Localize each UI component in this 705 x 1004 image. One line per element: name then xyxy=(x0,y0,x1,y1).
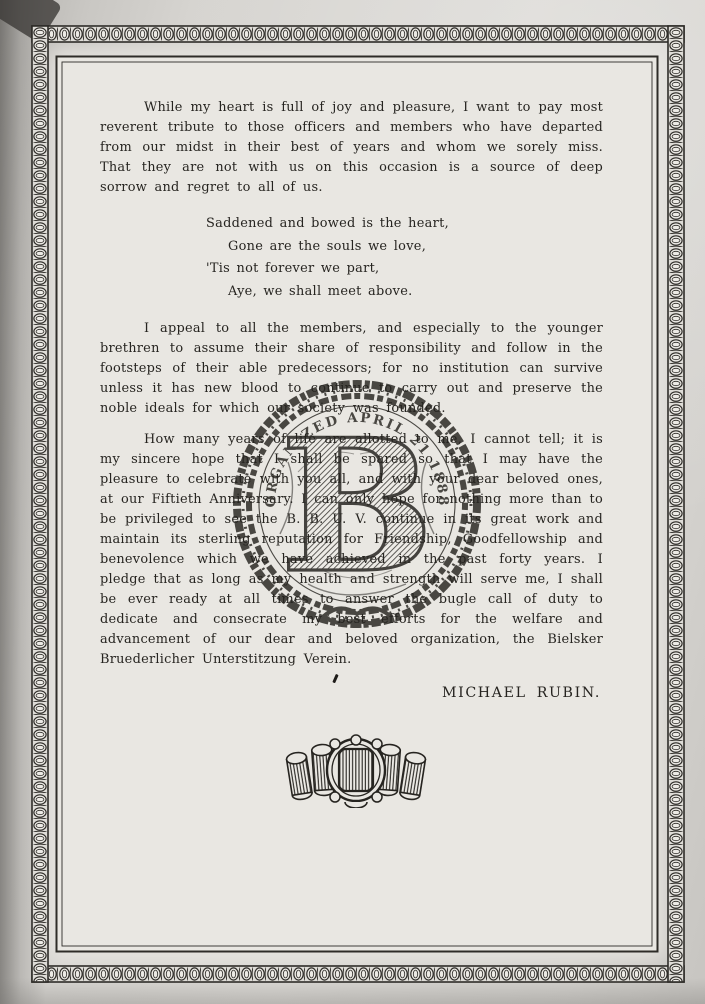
memorial-poem: Saddened and bowed is the heart, Gone ar… xyxy=(206,213,603,303)
signature: MICHAEL RUBIN. xyxy=(100,683,601,703)
scanned-page: ORGANIZED APRIL 21 1888 B While my heart… xyxy=(0,0,705,1004)
border-band-bottom xyxy=(32,966,684,982)
paragraph-pledge: How many years of life are allotted to m… xyxy=(100,430,603,670)
border-band-right xyxy=(668,26,684,982)
poem-line: 'Tis not forever we part, xyxy=(206,258,603,281)
poem-line: Saddened and bowed is the heart, xyxy=(206,213,603,236)
paragraph-tribute: While my heart is full of joy and pleasu… xyxy=(100,98,603,198)
border-band-left xyxy=(32,26,48,982)
paragraph-appeal: I appeal to all the members, and especia… xyxy=(100,319,603,419)
poem-line: Aye, we shall meet above. xyxy=(228,281,603,304)
poem-line: Gone are the souls we love, xyxy=(228,236,603,259)
border-band-top xyxy=(32,26,684,42)
page-text: While my heart is full of joy and pleasu… xyxy=(100,98,603,703)
